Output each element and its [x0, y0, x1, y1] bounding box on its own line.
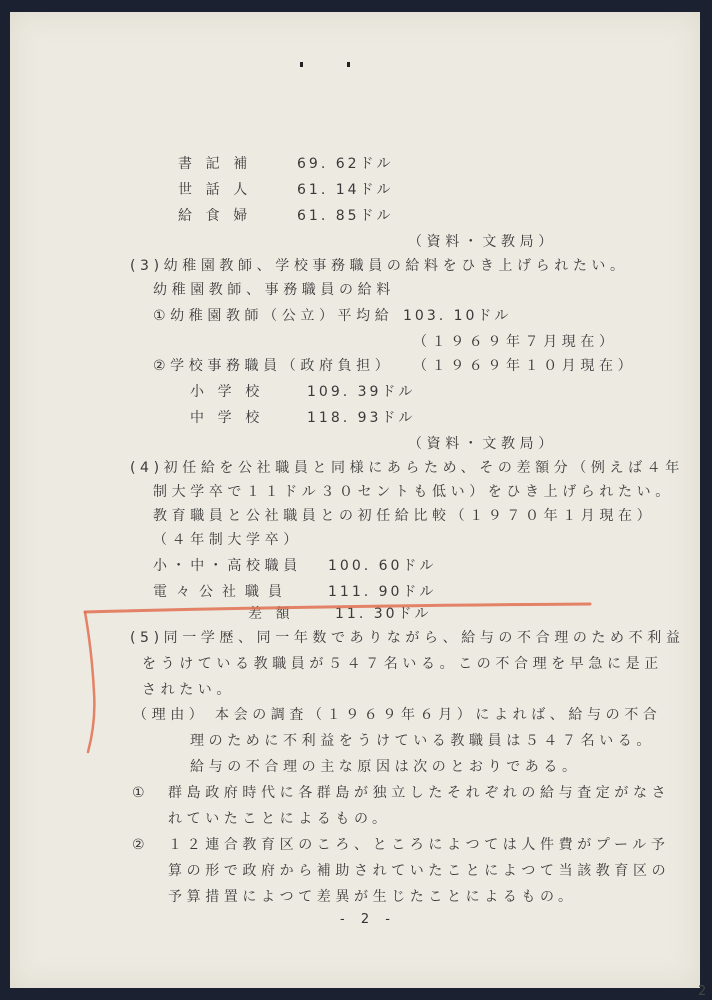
document-page: 書 記 補 69. 62ドル 世 話 人 61. 14ドル 給 食 婦 61. … — [10, 12, 700, 988]
red-pencil-bracket — [10, 12, 700, 988]
